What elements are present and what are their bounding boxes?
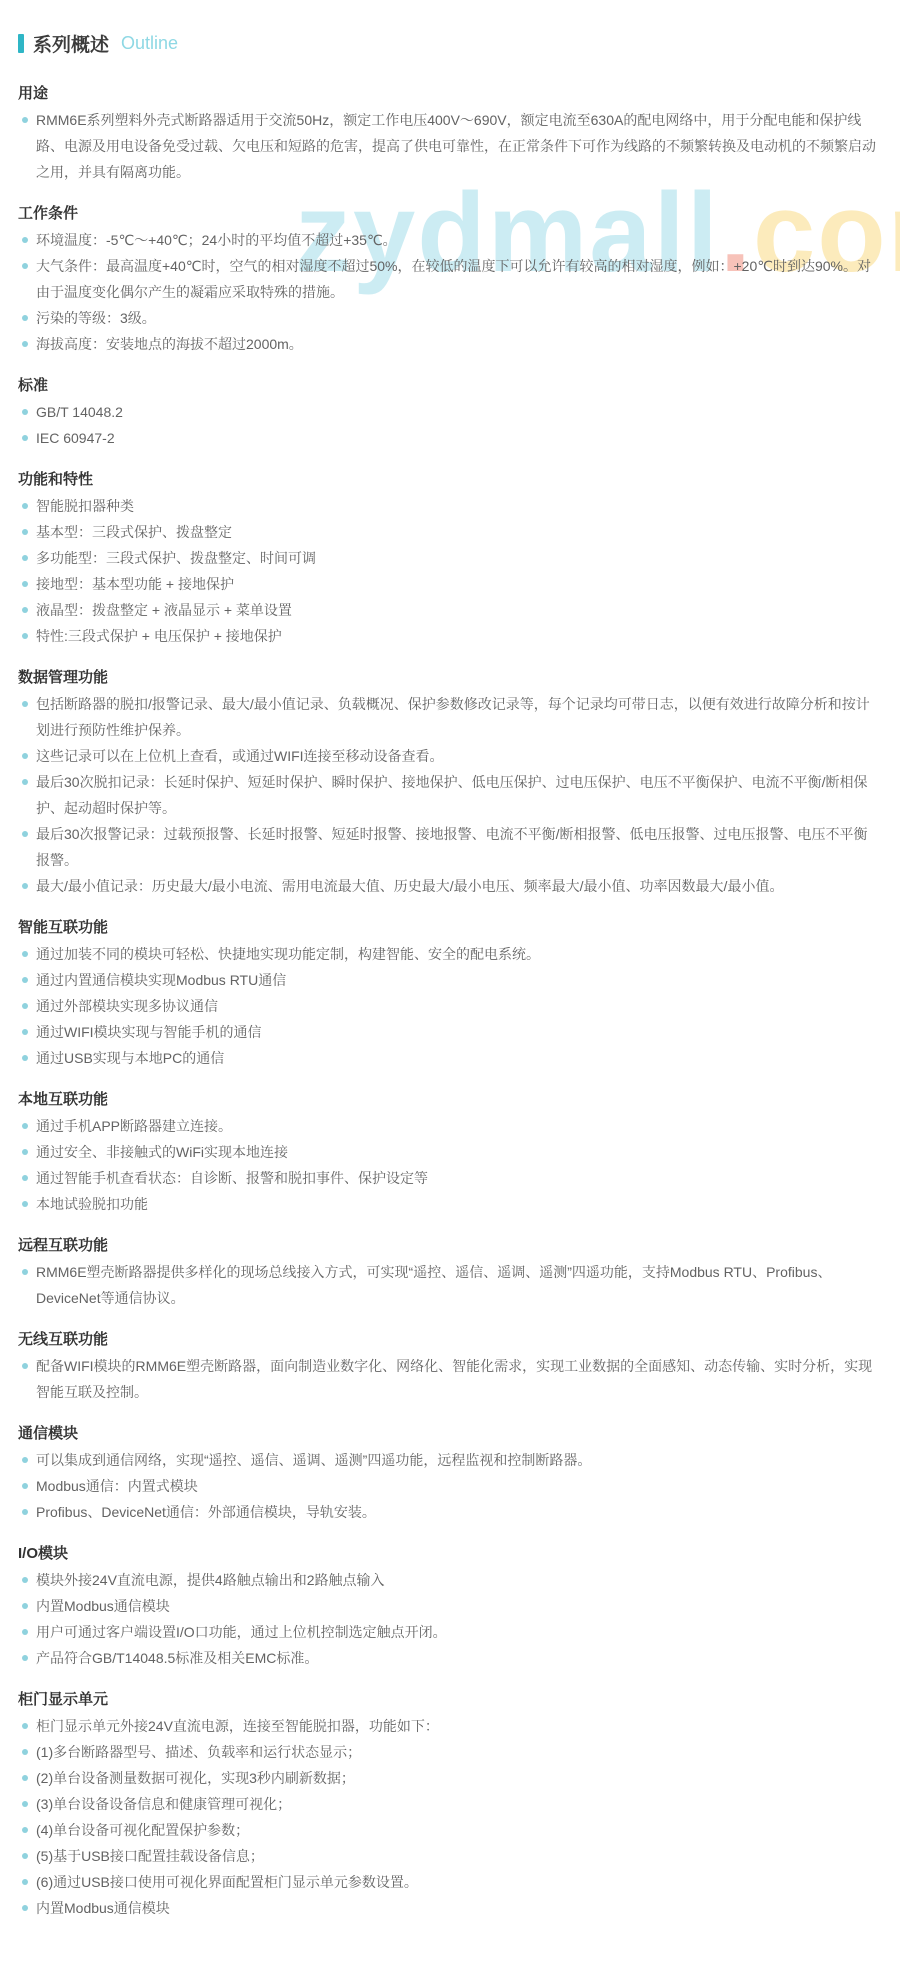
bullet-text: 通过智能手机查看状态：自诊断、报警和脱扣事件、保护设定等 <box>36 1170 428 1186</box>
section-heading: 通信模块 <box>18 1421 880 1447</box>
bullet-item: 特性:三段式保护 + 电压保护 + 接地保护 <box>18 623 880 649</box>
bullet-dot-icon <box>22 1269 28 1275</box>
bullet-item: (6)通过USB接口使用可视化界面配置柜门显示单元参数设置。 <box>18 1869 880 1895</box>
section-2: 工作条件环境温度：-5℃～+40℃；24小时的平均值不超过+35℃。大气条件：最… <box>18 201 880 357</box>
bullet-dot-icon <box>22 263 28 269</box>
bullet-dot-icon <box>22 1149 28 1155</box>
bullet-item: 接地型：基本型功能 + 接地保护 <box>18 571 880 597</box>
bullet-dot-icon <box>22 409 28 415</box>
bullet-item: 大气条件：最高温度+40℃时，空气的相对湿度不超过50%，在较低的温度下可以允许… <box>18 253 880 305</box>
bullet-item: (5)基于USB接口配置挂载设备信息； <box>18 1843 880 1869</box>
bullet-item: 内置Modbus通信模块 <box>18 1895 880 1921</box>
section-10: 通信模块可以集成到通信网络，实现“遥控、遥信、遥调、遥测”四遥功能，远程监视和控… <box>18 1421 880 1525</box>
bullet-dot-icon <box>22 435 28 441</box>
bullet-item: 通过安全、非接触式的WiFi实现本地连接 <box>18 1139 880 1165</box>
bullet-dot-icon <box>22 1879 28 1885</box>
bullet-item: (3)单台设备设备信息和健康管理可视化； <box>18 1791 880 1817</box>
bullet-text: 内置Modbus通信模块 <box>36 1900 170 1916</box>
section-heading: 智能互联功能 <box>18 915 880 941</box>
bullet-dot-icon <box>22 633 28 639</box>
bullet-list: 配备WIFI模块的RMM6E塑壳断路器，面向制造业数字化、网络化、智能化需求，实… <box>18 1353 880 1405</box>
bullet-item: 环境温度：-5℃～+40℃；24小时的平均值不超过+35℃。 <box>18 227 880 253</box>
section-9: 无线互联功能配备WIFI模块的RMM6E塑壳断路器，面向制造业数字化、网络化、智… <box>18 1327 880 1405</box>
section-heading: 本地互联功能 <box>18 1087 880 1113</box>
accent-bar <box>18 34 24 53</box>
bullet-text: 环境温度：-5℃～+40℃；24小时的平均值不超过+35℃。 <box>36 232 397 248</box>
section-5: 数据管理功能包括断路器的脱扣/报警记录、最大/最小值记录、负载概况、保护参数修改… <box>18 665 880 899</box>
bullet-text: 污染的等级：3级。 <box>36 310 156 326</box>
bullet-text: 多功能型：三段式保护、拨盘整定、时间可调 <box>36 550 316 566</box>
bullet-item: 产品符合GB/T14048.5标准及相关EMC标准。 <box>18 1645 880 1671</box>
bullet-item: 最后30次脱扣记录：长延时保护、短延时保护、瞬时保护、接地保护、低电压保护、过电… <box>18 769 880 821</box>
section-heading: 标准 <box>18 373 880 399</box>
bullet-text: 通过USB实现与本地PC的通信 <box>36 1050 224 1066</box>
bullet-text: 本地试验脱扣功能 <box>36 1196 148 1212</box>
bullet-text: GB/T 14048.2 <box>36 404 123 420</box>
bullet-item: 配备WIFI模块的RMM6E塑壳断路器，面向制造业数字化、网络化、智能化需求，实… <box>18 1353 880 1405</box>
bullet-item: 通过智能手机查看状态：自诊断、报警和脱扣事件、保护设定等 <box>18 1165 880 1191</box>
bullet-item: RMM6E塑壳断路器提供多样化的现场总线接入方式，可实现“遥控、遥信、遥调、遥测… <box>18 1259 880 1311</box>
bullet-item: 液晶型：拨盘整定 + 液晶显示 + 菜单设置 <box>18 597 880 623</box>
bullet-item: 模块外接24V直流电源，提供4路触点输出和2路触点输入 <box>18 1567 880 1593</box>
bullet-text: 最后30次脱扣记录：长延时保护、短延时保护、瞬时保护、接地保护、低电压保护、过电… <box>36 774 867 816</box>
bullet-dot-icon <box>22 341 28 347</box>
bullet-text: 模块外接24V直流电源，提供4路触点输出和2路触点输入 <box>36 1572 384 1588</box>
bullet-text: (4)单台设备可视化配置保护参数； <box>36 1822 249 1838</box>
bullet-item: IEC 60947-2 <box>18 425 880 451</box>
bullet-dot-icon <box>22 883 28 889</box>
bullet-text: 内置Modbus通信模块 <box>36 1598 170 1614</box>
bullet-dot-icon <box>22 1363 28 1369</box>
section-6: 智能互联功能通过加装不同的模块可轻松、快捷地实现功能定制，构建智能、安全的配电系… <box>18 915 880 1071</box>
bullet-list: 环境温度：-5℃～+40℃；24小时的平均值不超过+35℃。大气条件：最高温度+… <box>18 227 880 357</box>
bullet-dot-icon <box>22 753 28 759</box>
bullet-dot-icon <box>22 1003 28 1009</box>
bullet-list: RMM6E塑壳断路器提供多样化的现场总线接入方式，可实现“遥控、遥信、遥调、遥测… <box>18 1259 880 1311</box>
bullet-dot-icon <box>22 607 28 613</box>
bullet-dot-icon <box>22 977 28 983</box>
bullet-text: RMM6E系列塑料外壳式断路器适用于交流50Hz，额定工作电压400V～690V… <box>36 112 876 180</box>
bullet-item: 海拔高度：安装地点的海拔不超过2000m。 <box>18 331 880 357</box>
bullet-item: Profibus、DeviceNet通信：外部通信模块，导轨安装。 <box>18 1499 880 1525</box>
bullet-dot-icon <box>22 503 28 509</box>
bullet-text: 通过内置通信模块实现Modbus RTU通信 <box>36 972 286 988</box>
bullet-item: (2)单台设备测量数据可视化，实现3秒内刷新数据； <box>18 1765 880 1791</box>
bullet-text: 海拔高度：安装地点的海拔不超过2000m。 <box>36 336 303 352</box>
bullet-list: 可以集成到通信网络，实现“遥控、遥信、遥调、遥测”四遥功能，远程监视和控制断路器… <box>18 1447 880 1525</box>
bullet-item: 基本型：三段式保护、拨盘整定 <box>18 519 880 545</box>
section-heading: 用途 <box>18 81 880 107</box>
page-subtitle: Outline <box>121 33 178 54</box>
bullet-item: 最大/最小值记录：历史最大/最小电流、需用电流最大值、历史最大/最小电压、频率最… <box>18 873 880 899</box>
section-heading: 无线互联功能 <box>18 1327 880 1353</box>
bullet-item: 用户可通过客户端设置I/O口功能，通过上位机控制选定触点开闭。 <box>18 1619 880 1645</box>
bullet-dot-icon <box>22 1457 28 1463</box>
bullet-item: 本地试验脱扣功能 <box>18 1191 880 1217</box>
bullet-item: 多功能型：三段式保护、拨盘整定、时间可调 <box>18 545 880 571</box>
bullet-text: IEC 60947-2 <box>36 430 115 446</box>
bullet-dot-icon <box>22 831 28 837</box>
bullet-list: 模块外接24V直流电源，提供4路触点输出和2路触点输入内置Modbus通信模块用… <box>18 1567 880 1671</box>
bullet-list: RMM6E系列塑料外壳式断路器适用于交流50Hz，额定工作电压400V～690V… <box>18 107 880 185</box>
bullet-item: Modbus通信：内置式模块 <box>18 1473 880 1499</box>
section-heading: 柜门显示单元 <box>18 1687 880 1713</box>
bullet-item: 污染的等级：3级。 <box>18 305 880 331</box>
bullet-dot-icon <box>22 1801 28 1807</box>
bullet-item: (1)多台断路器型号、描述、负载率和运行状态显示； <box>18 1739 880 1765</box>
bullet-list: 通过加装不同的模块可轻松、快捷地实现功能定制，构建智能、安全的配电系统。通过内置… <box>18 941 880 1071</box>
bullet-dot-icon <box>22 1577 28 1583</box>
section-heading: 功能和特性 <box>18 467 880 493</box>
bullet-list: 柜门显示单元外接24V直流电源，连接至智能脱扣器，功能如下：(1)多台断路器型号… <box>18 1713 880 1921</box>
bullet-text: (3)单台设备设备信息和健康管理可视化； <box>36 1796 291 1812</box>
bullet-list: 智能脱扣器种类基本型：三段式保护、拨盘整定多功能型：三段式保护、拨盘整定、时间可… <box>18 493 880 649</box>
bullet-dot-icon <box>22 581 28 587</box>
bullet-item: 内置Modbus通信模块 <box>18 1593 880 1619</box>
section-8: 远程互联功能RMM6E塑壳断路器提供多样化的现场总线接入方式，可实现“遥控、遥信… <box>18 1233 880 1311</box>
bullet-item: 通过加装不同的模块可轻松、快捷地实现功能定制，构建智能、安全的配电系统。 <box>18 941 880 967</box>
bullet-dot-icon <box>22 237 28 243</box>
bullet-dot-icon <box>22 1655 28 1661</box>
bullet-item: 通过手机APP断路器建立连接。 <box>18 1113 880 1139</box>
section-heading: 工作条件 <box>18 201 880 227</box>
bullet-text: (5)基于USB接口配置挂载设备信息； <box>36 1848 264 1864</box>
bullet-text: (1)多台断路器型号、描述、负载率和运行状态显示； <box>36 1744 361 1760</box>
bullet-item: 通过外部模块实现多协议通信 <box>18 993 880 1019</box>
bullet-text: 最大/最小值记录：历史最大/最小电流、需用电流最大值、历史最大/最小电压、频率最… <box>36 878 783 894</box>
bullet-item: 最后30次报警记录：过载预报警、长延时报警、短延时报警、接地报警、电流不平衡/断… <box>18 821 880 873</box>
section-heading: 远程互联功能 <box>18 1233 880 1259</box>
section-1: 用途RMM6E系列塑料外壳式断路器适用于交流50Hz，额定工作电压400V～69… <box>18 81 880 185</box>
bullet-list: 包括断路器的脱扣/报警记录、最大/最小值记录、负载概况、保护参数修改记录等，每个… <box>18 691 880 899</box>
bullet-text: 通过外部模块实现多协议通信 <box>36 998 218 1014</box>
bullet-text: 用户可通过客户端设置I/O口功能，通过上位机控制选定触点开闭。 <box>36 1624 447 1640</box>
section-3: 标准GB/T 14048.2IEC 60947-2 <box>18 373 880 451</box>
sections-container: 用途RMM6E系列塑料外壳式断路器适用于交流50Hz，额定工作电压400V～69… <box>18 81 880 1921</box>
bullet-text: (2)单台设备测量数据可视化，实现3秒内刷新数据； <box>36 1770 355 1786</box>
bullet-item: GB/T 14048.2 <box>18 399 880 425</box>
bullet-dot-icon <box>22 1905 28 1911</box>
bullet-text: 这些记录可以在上位机上查看，或通过WIFI连接至移动设备查看。 <box>36 748 444 764</box>
bullet-text: 通过加装不同的模块可轻松、快捷地实现功能定制，构建智能、安全的配电系统。 <box>36 946 540 962</box>
bullet-text: (6)通过USB接口使用可视化界面配置柜门显示单元参数设置。 <box>36 1874 418 1890</box>
bullet-text: Profibus、DeviceNet通信：外部通信模块，导轨安装。 <box>36 1504 376 1520</box>
bullet-text: 包括断路器的脱扣/报警记录、最大/最小值记录、负载概况、保护参数修改记录等，每个… <box>36 696 870 738</box>
bullet-dot-icon <box>22 779 28 785</box>
bullet-item: 柜门显示单元外接24V直流电源，连接至智能脱扣器，功能如下： <box>18 1713 880 1739</box>
bullet-list: GB/T 14048.2IEC 60947-2 <box>18 399 880 451</box>
bullet-dot-icon <box>22 1483 28 1489</box>
bullet-text: 配备WIFI模块的RMM6E塑壳断路器，面向制造业数字化、网络化、智能化需求，实… <box>36 1358 872 1400</box>
bullet-dot-icon <box>22 1775 28 1781</box>
bullet-text: 接地型：基本型功能 + 接地保护 <box>36 576 234 592</box>
bullet-item: 智能脱扣器种类 <box>18 493 880 519</box>
section-4: 功能和特性智能脱扣器种类基本型：三段式保护、拨盘整定多功能型：三段式保护、拨盘整… <box>18 467 880 649</box>
bullet-text: 智能脱扣器种类 <box>36 498 134 514</box>
bullet-dot-icon <box>22 1603 28 1609</box>
bullet-dot-icon <box>22 1629 28 1635</box>
section-heading: 数据管理功能 <box>18 665 880 691</box>
bullet-text: 通过WIFI模块实现与智能手机的通信 <box>36 1024 262 1040</box>
bullet-dot-icon <box>22 1723 28 1729</box>
bullet-dot-icon <box>22 1749 28 1755</box>
page-title: 系列概述 <box>33 30 109 57</box>
page-header: 系列概述 Outline <box>18 30 880 57</box>
bullet-item: 这些记录可以在上位机上查看，或通过WIFI连接至移动设备查看。 <box>18 743 880 769</box>
bullet-text: Modbus通信：内置式模块 <box>36 1478 198 1494</box>
bullet-text: 特性:三段式保护 + 电压保护 + 接地保护 <box>36 628 282 644</box>
bullet-item: RMM6E系列塑料外壳式断路器适用于交流50Hz，额定工作电压400V～690V… <box>18 107 880 185</box>
outline-page: 系列概述 Outline 用途RMM6E系列塑料外壳式断路器适用于交流50Hz，… <box>0 0 900 1961</box>
bullet-text: 产品符合GB/T14048.5标准及相关EMC标准。 <box>36 1650 318 1666</box>
bullet-item: 可以集成到通信网络，实现“遥控、遥信、遥调、遥测”四遥功能，远程监视和控制断路器… <box>18 1447 880 1473</box>
bullet-dot-icon <box>22 555 28 561</box>
section-7: 本地互联功能通过手机APP断路器建立连接。通过安全、非接触式的WiFi实现本地连… <box>18 1087 880 1217</box>
bullet-text: 通过安全、非接触式的WiFi实现本地连接 <box>36 1144 288 1160</box>
bullet-dot-icon <box>22 1827 28 1833</box>
bullet-dot-icon <box>22 701 28 707</box>
bullet-text: 最后30次报警记录：过载预报警、长延时报警、短延时报警、接地报警、电流不平衡/断… <box>36 826 867 868</box>
bullet-dot-icon <box>22 951 28 957</box>
bullet-dot-icon <box>22 1201 28 1207</box>
bullet-dot-icon <box>22 1853 28 1859</box>
section-heading: I/O模块 <box>18 1541 880 1567</box>
bullet-dot-icon <box>22 1055 28 1061</box>
section-11: I/O模块模块外接24V直流电源，提供4路触点输出和2路触点输入内置Modbus… <box>18 1541 880 1671</box>
bullet-text: 通过手机APP断路器建立连接。 <box>36 1118 232 1134</box>
bullet-list: 通过手机APP断路器建立连接。通过安全、非接触式的WiFi实现本地连接通过智能手… <box>18 1113 880 1217</box>
bullet-item: 通过内置通信模块实现Modbus RTU通信 <box>18 967 880 993</box>
bullet-text: 液晶型：拨盘整定 + 液晶显示 + 菜单设置 <box>36 602 292 618</box>
bullet-dot-icon <box>22 1509 28 1515</box>
bullet-dot-icon <box>22 1029 28 1035</box>
bullet-text: 基本型：三段式保护、拨盘整定 <box>36 524 232 540</box>
bullet-item: 通过WIFI模块实现与智能手机的通信 <box>18 1019 880 1045</box>
section-12: 柜门显示单元柜门显示单元外接24V直流电源，连接至智能脱扣器，功能如下：(1)多… <box>18 1687 880 1921</box>
bullet-dot-icon <box>22 1123 28 1129</box>
bullet-dot-icon <box>22 117 28 123</box>
bullet-dot-icon <box>22 315 28 321</box>
bullet-text: RMM6E塑壳断路器提供多样化的现场总线接入方式，可实现“遥控、遥信、遥调、遥测… <box>36 1264 831 1306</box>
bullet-text: 柜门显示单元外接24V直流电源，连接至智能脱扣器，功能如下： <box>36 1718 439 1734</box>
bullet-item: 包括断路器的脱扣/报警记录、最大/最小值记录、负载概况、保护参数修改记录等，每个… <box>18 691 880 743</box>
bullet-dot-icon <box>22 1175 28 1181</box>
bullet-text: 可以集成到通信网络，实现“遥控、遥信、遥调、遥测”四遥功能，远程监视和控制断路器… <box>36 1452 591 1468</box>
bullet-text: 大气条件：最高温度+40℃时，空气的相对湿度不超过50%，在较低的温度下可以允许… <box>36 258 871 300</box>
bullet-item: 通过USB实现与本地PC的通信 <box>18 1045 880 1071</box>
bullet-dot-icon <box>22 529 28 535</box>
bullet-item: (4)单台设备可视化配置保护参数； <box>18 1817 880 1843</box>
